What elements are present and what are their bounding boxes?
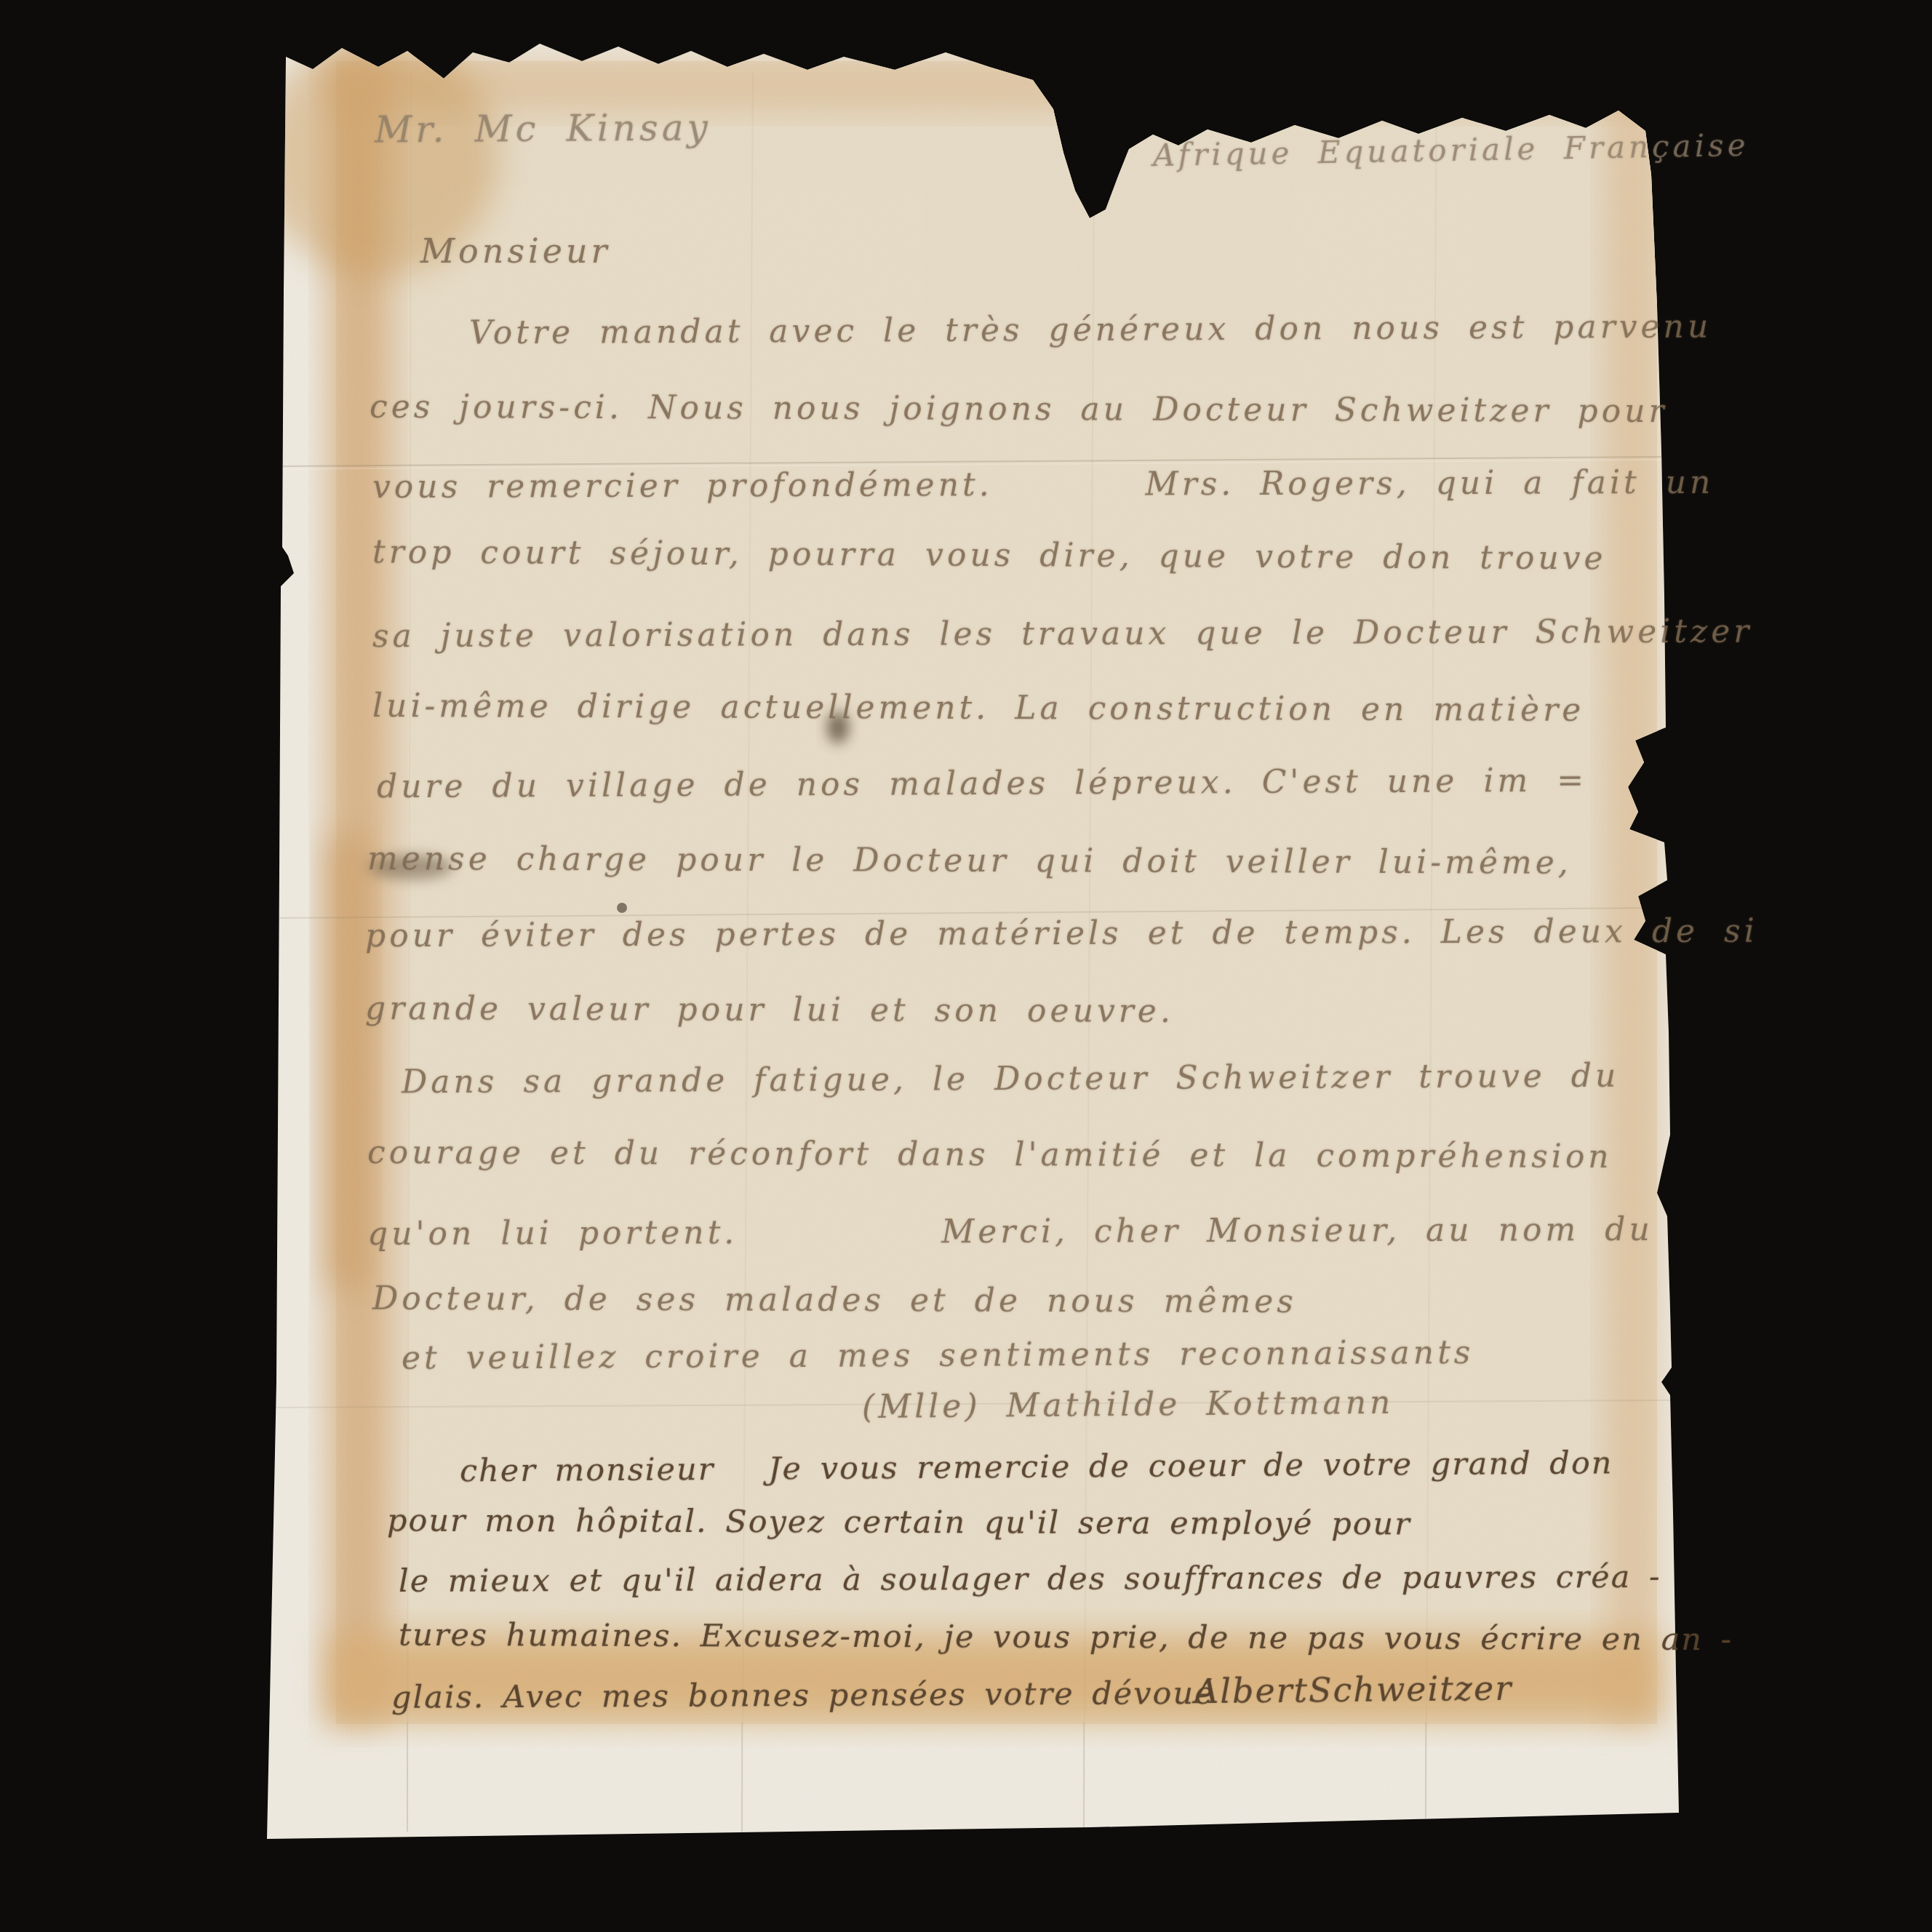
body-line: Dans sa grande fatigue, le Docteur Schwe… <box>402 1058 1620 1101</box>
body-line: mense charge pour le Docteur qui doit ve… <box>367 840 1572 882</box>
origin-line: Afrique Equatoriale Française <box>1153 127 1749 173</box>
letter-photograph: Mr. Mc Kinsay Afrique Equatoriale França… <box>0 0 1932 1932</box>
body-line: Votre mandat avec le très généreux don n… <box>469 308 1712 352</box>
body-line: sa juste valorisation dans les travaux q… <box>372 613 1752 655</box>
handwriting-layer: Mr. Mc Kinsay Afrique Equatoriale França… <box>0 0 1932 1932</box>
postscript-signature: AlbertSchweitzer <box>1194 1669 1513 1712</box>
body-line: pour éviter des pertes de matériels et d… <box>365 913 1758 955</box>
body-line: ces jours-ci. Nous nous joignons au Doct… <box>370 388 1668 430</box>
postscript-line: cher monsieur Je vous remercie de coeur … <box>460 1445 1613 1489</box>
postscript-line: le mieux et qu'il aidera à soulager des … <box>399 1559 1661 1600</box>
body-line: Docteur, de ses malades et de nous mêmes <box>372 1280 1297 1320</box>
body-line: grande valeur pour lui et son oeuvre. <box>365 990 1174 1030</box>
body-line: et veuillez croire a mes sentiments reco… <box>402 1334 1474 1377</box>
postscript-line: pour mon hôpital. Soyez certain qu'il se… <box>387 1503 1411 1543</box>
body-line: trop court séjour, pourra vous dire, que… <box>372 534 1607 578</box>
body-line: dure du village de nos malades lépreux. … <box>377 762 1587 806</box>
salutation-line: Monsieur <box>420 231 611 271</box>
postscript-line: tures humaines. Excusez-moi, je vous pri… <box>399 1617 1733 1658</box>
postscript-line: glais. Avec mes bonnes pensées votre dév… <box>391 1675 1215 1716</box>
body-line: qu'on lui portent. Merci, cher Monsieur,… <box>367 1211 1653 1253</box>
closing-signature: (Mlle) Mathilde Kottmann <box>862 1384 1394 1426</box>
body-line: lui-même dirige actuellement. La constru… <box>372 687 1584 729</box>
body-line: courage et du réconfort dans l'amitié et… <box>367 1134 1613 1175</box>
body-line: vous remercier profondément. Mrs. Rogers… <box>372 464 1715 506</box>
addressee-line: Mr. Mc Kinsay <box>375 106 711 151</box>
